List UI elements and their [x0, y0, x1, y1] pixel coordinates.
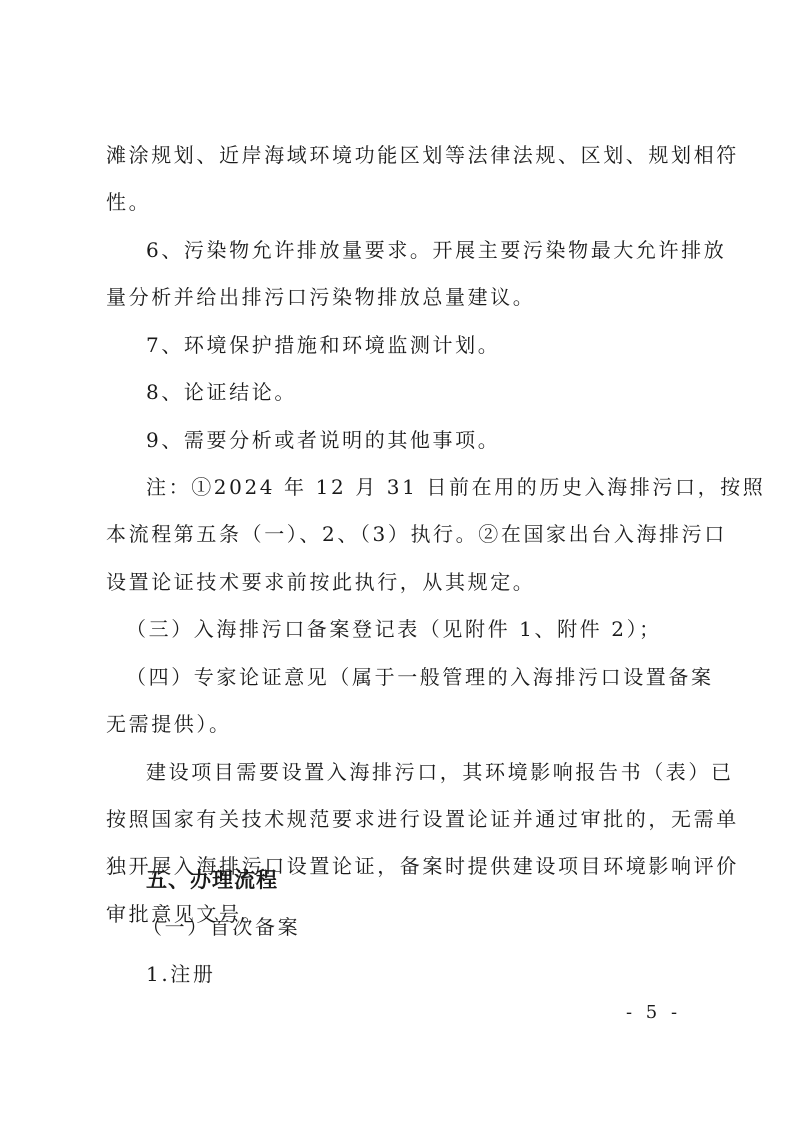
text-line: 量分析并给出排污口污染物排放总量建议。: [106, 285, 535, 309]
text-line: 建设项目需要设置入海排污口，其环境影响报告书（表）已: [146, 760, 734, 784]
text-line: 6、污染物允许排放量要求。开展主要污染物最大允许排放: [146, 238, 726, 262]
text-line: 8、论证结论。: [146, 380, 297, 404]
text-line: 性。: [106, 190, 151, 214]
text-line: （四）专家论证意见（属于一般管理的入海排污口设置备案: [126, 665, 714, 689]
note-line: 本流程第五条（一）、2、（3）执行。②在国家出台入海排污口: [106, 522, 727, 546]
text-line: 9、需要分析或者说明的其他事项。: [146, 428, 500, 452]
text-line: （三）入海排污口备案登记表（见附件 1、附件 2）；: [126, 617, 662, 641]
text-line: 按照国家有关技术规范要求进行设置论证并通过审批的，无需单: [106, 807, 739, 831]
note-line: 设置论证技术要求前按此执行，从其规定。: [106, 570, 535, 594]
text-line: 滩涂规划、近岸海域环境功能区划等法律法规、区划、规划相符: [106, 143, 739, 167]
item-heading: 1.注册: [146, 962, 215, 986]
section-heading: 五、办理流程: [146, 868, 278, 892]
page-number: - 5 -: [626, 1002, 681, 1023]
text-line: 无需提供）。: [106, 712, 232, 736]
subsection-heading: （一）首次备案: [142, 915, 300, 939]
text-line: 7、环境保护措施和环境监测计划。: [146, 333, 500, 357]
note-line: 注：①2024 年 12 月 31 日前在用的历史入海排污口，按照: [146, 475, 765, 499]
